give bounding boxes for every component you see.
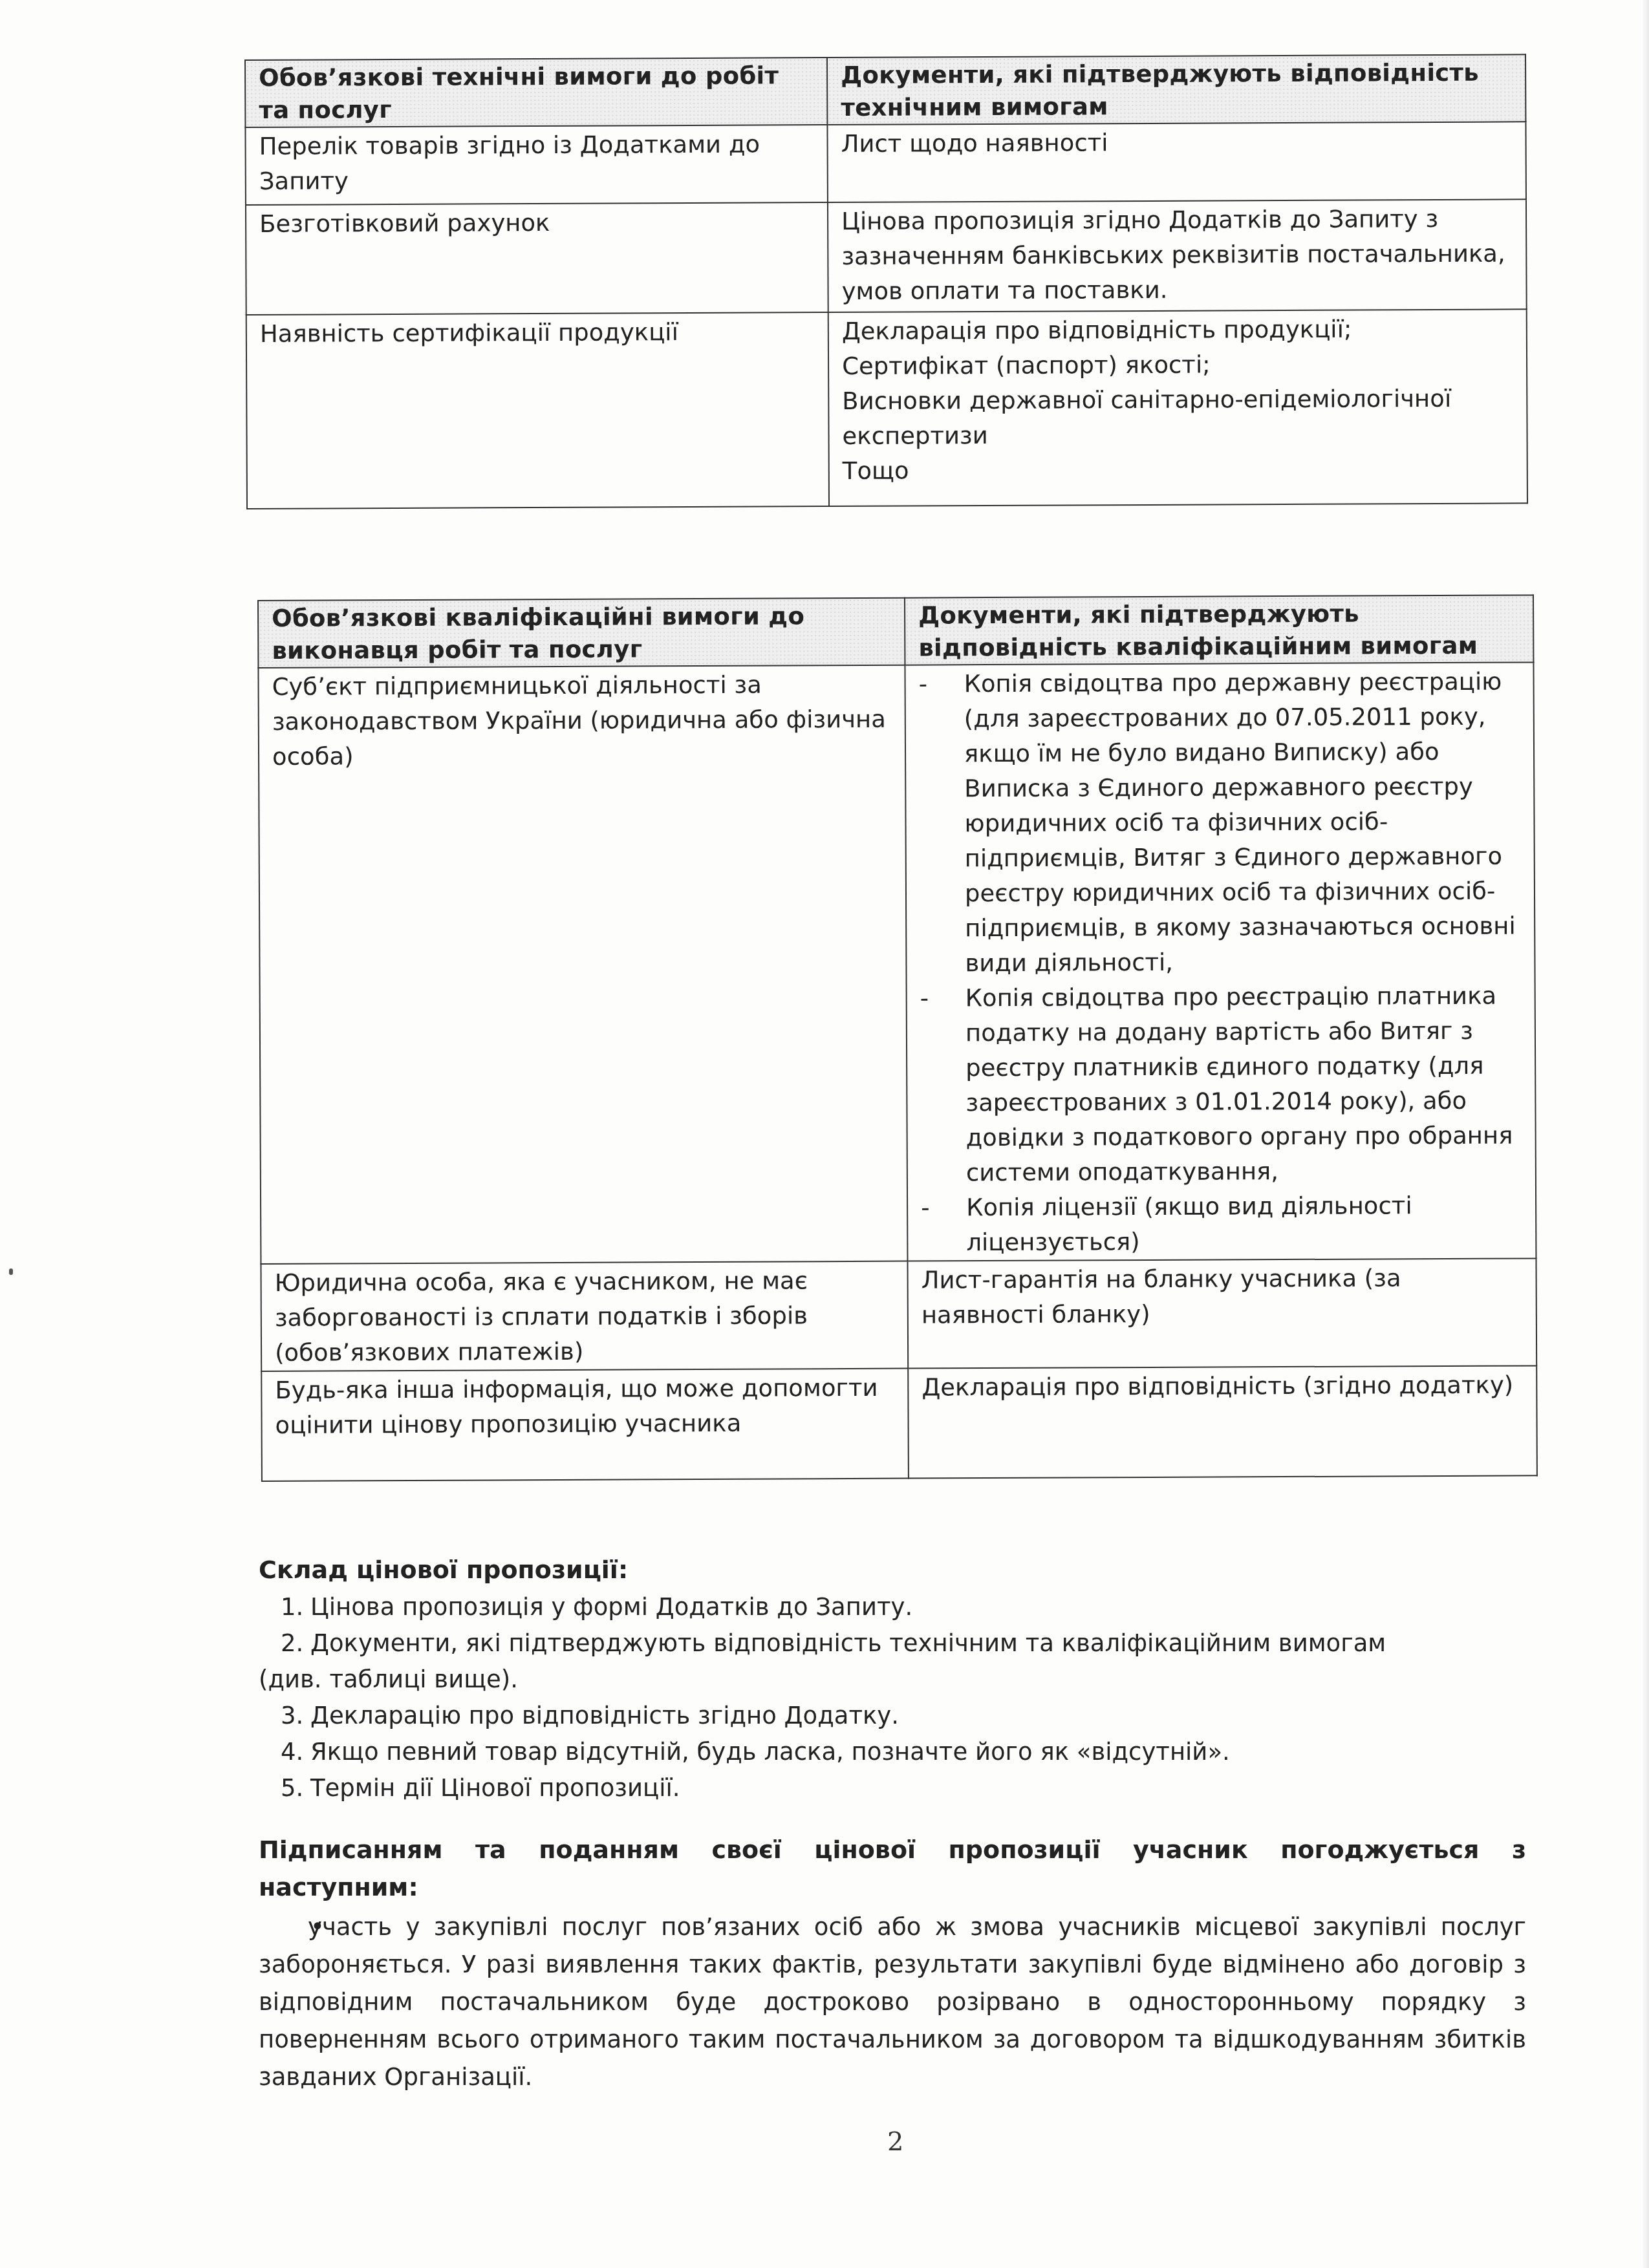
list-item: -Копія свідоцтва про реєстрацію платника… [920,978,1522,1190]
documents-cell: Цінова пропозиція згідно Додатків до Зап… [828,199,1527,312]
list-item-text: Декларацію про відповідність згідно Дода… [310,1702,899,1729]
scan-speck [9,1268,13,1275]
participant-agreement: Підписанням та поданням своєї цінової пр… [259,1831,1526,2096]
list-item: 3.Декларацію про відповідність згідно До… [259,1698,1526,1734]
list-item-text: Документи, які підтверджують відповідніс… [310,1629,1386,1657]
dash-bullet: - [920,981,929,1016]
page-number: 2 [887,2127,903,2157]
list-item: 5.Термін дії Цінової пропозиції. [259,1770,1526,1806]
document-line: Сертифікат (паспорт) якості; [842,346,1513,384]
list-item-text: Копія ліцензії (якщо вид діяльності ліце… [966,1192,1412,1256]
table-row: Юридична особа, яка є учасником, не має … [261,1258,1536,1371]
documents-list: -Копія свідоцтва про державну реєстрацію… [918,664,1522,1260]
table-row: Перелік товарів згідно із Додатками до З… [245,122,1526,205]
table-row: Наявність сертифікації продукції Деклара… [246,309,1527,509]
documents-cell: Лист-гарантія на бланку учасника (за ная… [907,1258,1536,1368]
qualification-requirements-table: Обов’язкові кваліфікаційні вимоги до вик… [257,594,1538,1482]
documents-cell: Лист щодо наявності [827,122,1526,202]
list-item-text: Термін дії Цінової пропозиції. [310,1774,680,1802]
list-item-text: Копія свідоцтва про реєстрацію платника … [965,982,1513,1187]
table-row: Будь-яка інша інформація, що може допомо… [261,1365,1537,1481]
document-line: Тощо [843,451,1514,489]
agreement-paragraph: •участь у закупівлі послуг пов’язаних ос… [259,1909,1526,2096]
requirement-cell: Юридична особа, яка є учасником, не має … [261,1261,908,1371]
list-number: 3. [281,1698,310,1734]
section-title: Підписанням та поданням своєї цінової пр… [259,1831,1526,1906]
list-item-text: Копія свідоцтва про державну реєстрацію … [964,668,1515,978]
documents-cell: Декларація про відповідність продукції; … [828,309,1527,506]
requirement-cell: Суб’єкт підприємницької діяльності за за… [258,665,907,1264]
table-header-row: Обов’язкові кваліфікаційні вимоги до вик… [258,595,1533,668]
dash-bullet: - [918,667,927,701]
dash-bullet: - [921,1190,930,1225]
document-line: Висновки державної санітарно-епідеміолог… [842,381,1513,454]
list-item: 2.Документи, які підтверджують відповідн… [259,1625,1526,1662]
requirement-cell: Будь-яка інша інформація, що може допомо… [261,1369,909,1481]
list-number: 1. [281,1589,310,1625]
documents-cell: Декларація про відповідність (згідно дод… [908,1365,1537,1478]
bullet-icon: • [285,1909,308,1946]
list-item: -Копія свідоцтва про державну реєстрацію… [918,664,1521,981]
table-row: Суб’єкт підприємницької діяльності за за… [258,662,1536,1264]
composition-list: 1.Цінова пропозиція у формі Додатків до … [259,1589,1526,1806]
section-title: Склад цінової пропозиції: [259,1552,1526,1588]
scan-page-edge [1641,0,1649,2268]
list-number: 4. [281,1734,310,1770]
requirement-cell: Перелік товарів згідно із Додатками до З… [245,125,828,205]
list-number: 2. [281,1625,310,1662]
price-proposal-composition: Склад цінової пропозиції: 1.Цінова пропо… [259,1552,1526,1806]
requirement-cell: Безготівковий рахунок [246,202,828,315]
list-item: 1.Цінова пропозиція у формі Додатків до … [259,1589,1526,1625]
technical-requirements-table: Обов’язкові технічні вимоги до робіт та … [244,54,1528,509]
column-header-requirements: Обов’язкові технічні вимоги до робіт та … [245,58,827,127]
documents-cell: -Копія свідоцтва про державну реєстрацію… [905,662,1536,1261]
document-line: Декларація про відповідність продукції; [842,311,1513,349]
list-item: 4.Якщо певний товар відсутній, будь ласк… [259,1734,1526,1770]
column-header-requirements: Обов’язкові кваліфікаційні вимоги до вик… [258,598,905,668]
list-item-text: Цінова пропозиція у формі Додатків до За… [310,1593,912,1621]
requirement-cell: Наявність сертифікації продукції [246,312,829,509]
agreement-text: участь у закупівлі послуг пов’язаних осі… [259,1913,1526,2091]
list-number: 5. [281,1770,310,1806]
list-item: -Копія ліцензії (якщо вид діяльності ліц… [921,1188,1522,1260]
table-row: Безготівковий рахунок Цінова пропозиція … [246,199,1527,315]
list-item-text: Якщо певний товар відсутній, будь ласка,… [310,1738,1230,1766]
table-header-row: Обов’язкові технічні вимоги до робіт та … [245,54,1525,127]
column-header-documents: Документи, які підтверджують відповідніс… [905,595,1533,665]
column-header-documents: Документи, які підтверджують відповідніс… [827,54,1525,125]
list-item-continuation: (див. таблиці вище). [259,1662,1526,1698]
